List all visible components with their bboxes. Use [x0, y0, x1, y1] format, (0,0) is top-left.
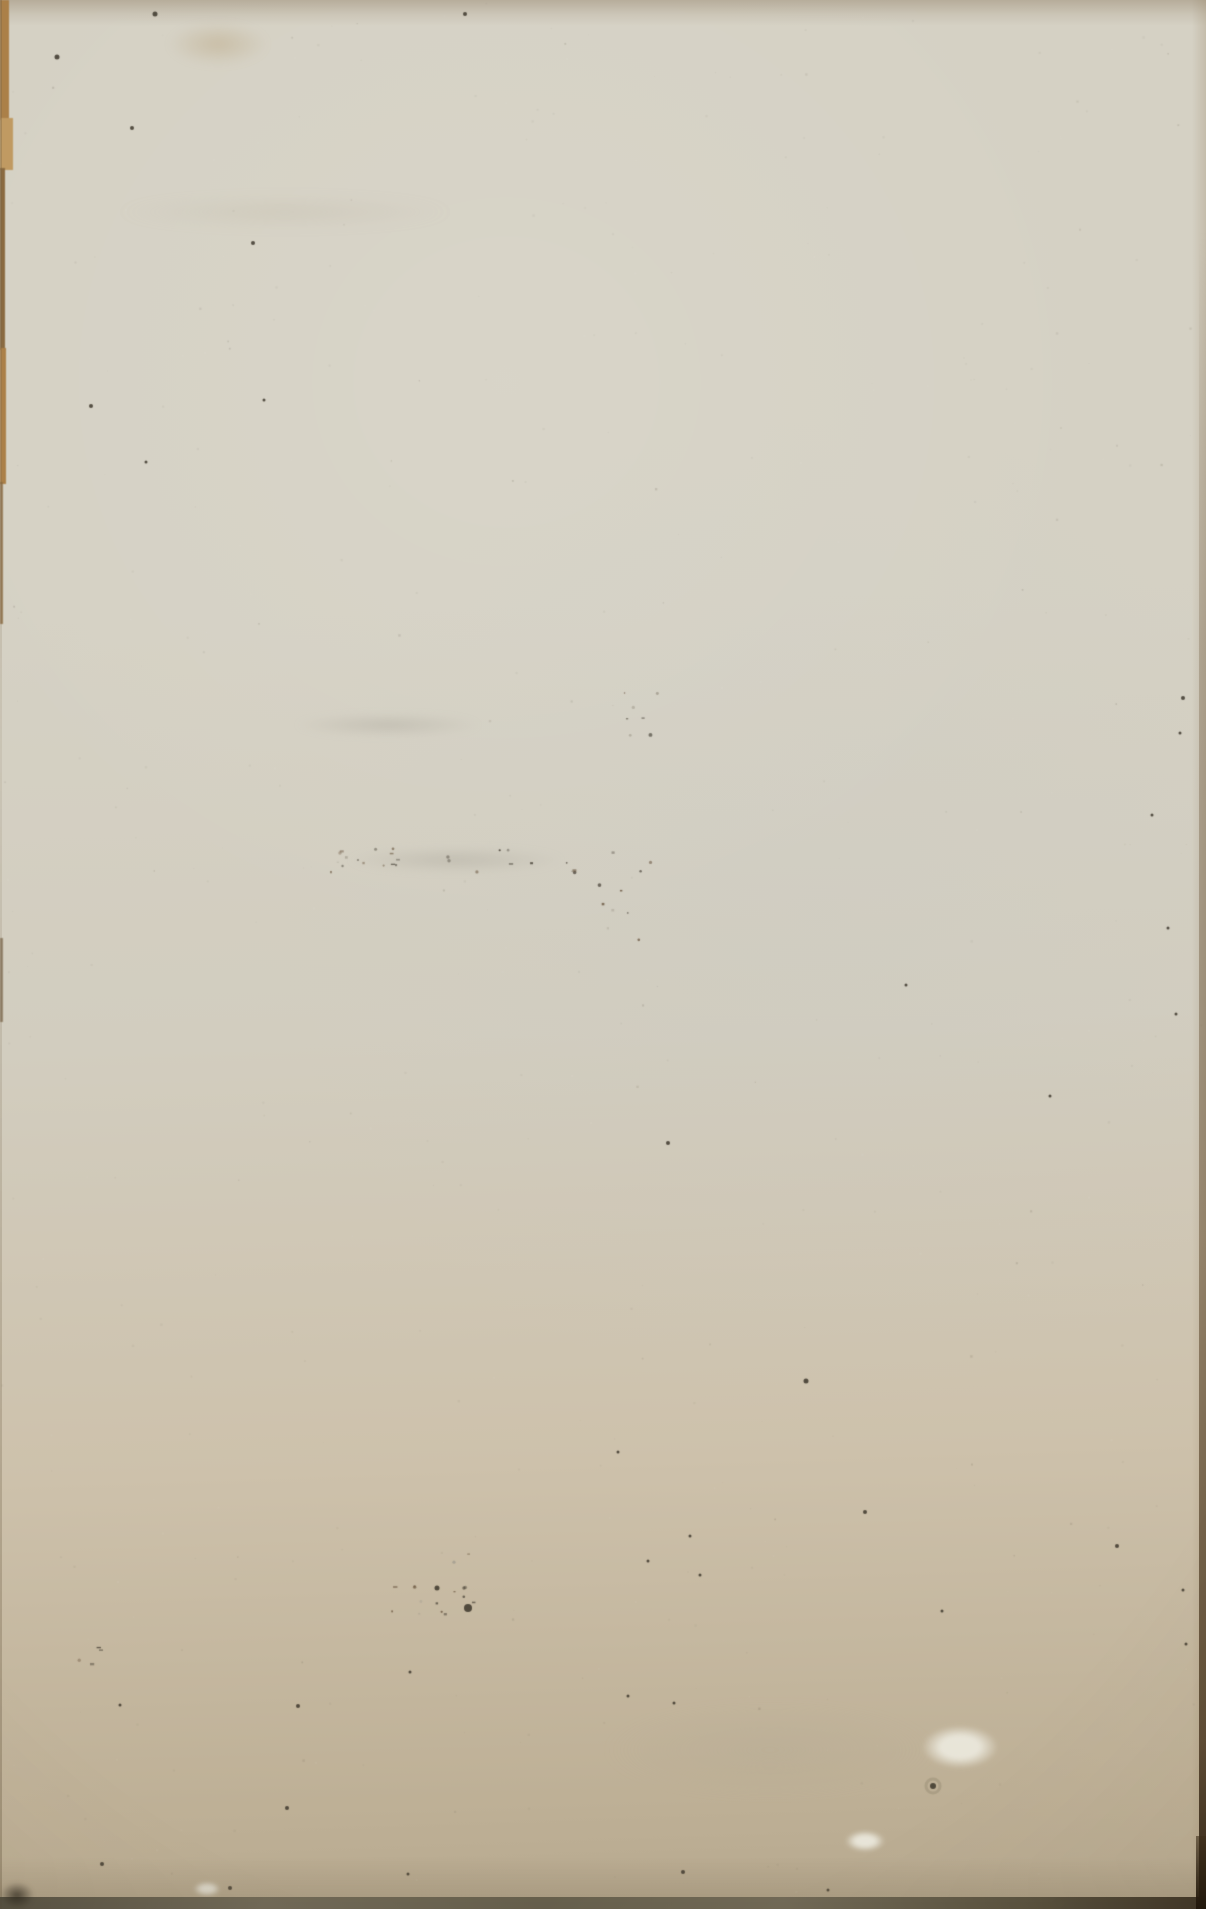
bottom-left-corner-shadow: [0, 1882, 34, 1909]
bottom-right-corner-shadow: [1196, 1836, 1206, 1909]
binding-board-strip-5: [0, 482, 3, 624]
binding-board-strip-6: [0, 938, 3, 1022]
binding-board-strip-4: [0, 348, 6, 484]
specks-canvas: [0, 0, 1206, 1909]
binding-board-strip-2: [0, 118, 13, 170]
photo-of-blank-book-page: [0, 0, 1206, 1909]
page-right-edge-shadow: [1199, 230, 1206, 1909]
binding-board-strip-1: [0, 0, 9, 120]
binding-board-strip-3: [0, 168, 5, 350]
page-bottom-edge-shadow: [0, 1897, 1206, 1909]
